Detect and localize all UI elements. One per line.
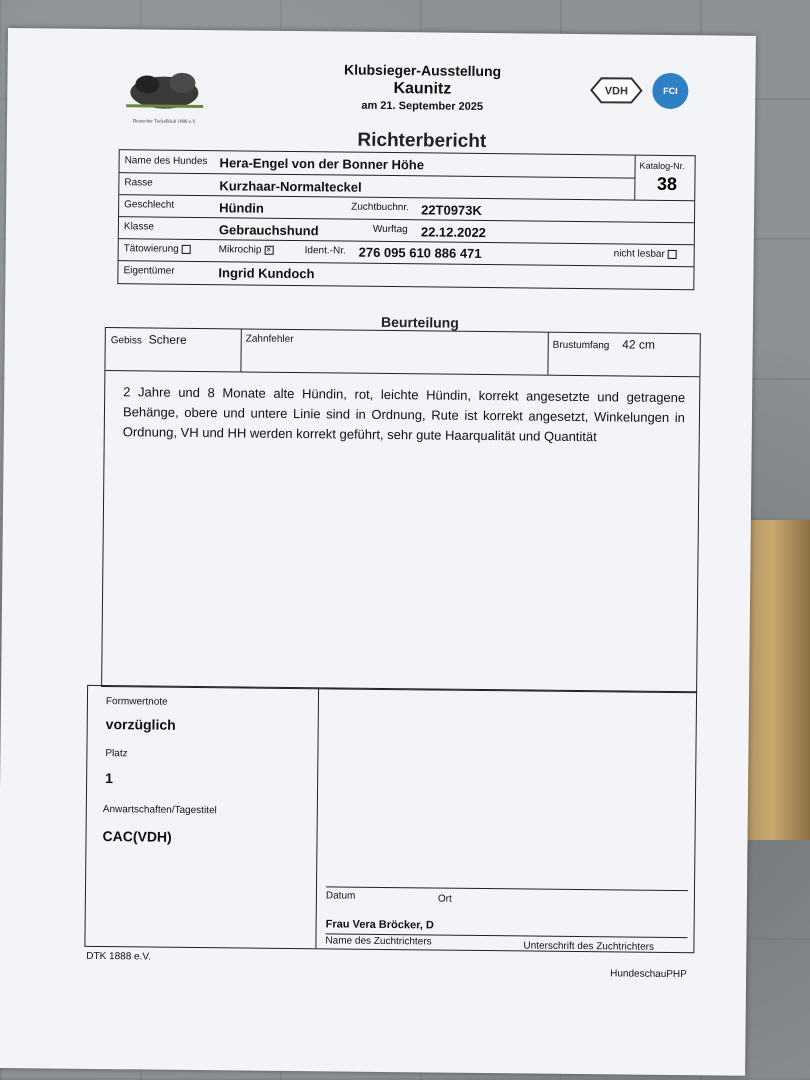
signature-label: Unterschrift des Zuchtrichters xyxy=(523,940,654,952)
fci-logo: FCI xyxy=(652,73,688,109)
document-sheet: Deutscher Teckelklub 1888 e.V. Klubsiege… xyxy=(0,28,756,1076)
breed-label: Rasse xyxy=(124,177,152,188)
chest-label: Brustumfang xyxy=(553,340,610,352)
sex: Hündin xyxy=(219,200,264,215)
grade: vorzüglich xyxy=(106,716,176,733)
unreadable-checkbox[interactable] xyxy=(668,250,677,259)
tattoo-field: Tätowierung xyxy=(124,243,191,255)
place: 1 xyxy=(105,770,113,786)
assessment-box: Gebiss Schere Zahnfehler Brustumfang 42 … xyxy=(101,327,701,693)
titles: CAC(VDH) xyxy=(102,828,171,845)
sex-label: Geschlecht xyxy=(124,199,174,211)
titles-label: Anwartschaften/Tagestitel xyxy=(103,804,217,816)
club-logo-caption: Deutscher Teckelklub 1888 e.V. xyxy=(122,119,207,125)
vdh-logo: VDH xyxy=(587,76,645,105)
studbook-number: 22T0973K xyxy=(421,202,482,218)
owner-label: Eigentümer xyxy=(123,265,174,277)
teeth-faults-label: Zahnfehler xyxy=(246,334,294,346)
place-label: Platz xyxy=(105,748,127,759)
breed: Kurzhaar-Normalteckel xyxy=(219,178,361,194)
result-box: Formwertnote vorzüglich Platz 1 Anwartsc… xyxy=(84,685,697,953)
catalog-label: Katalog-Nr. xyxy=(640,161,685,171)
tattoo-label: Tätowierung xyxy=(124,243,179,255)
dog-name: Hera-Engel von der Bonner Höhe xyxy=(220,155,425,172)
unreadable-field: nicht lesbar xyxy=(614,248,677,260)
judge-name: Frau Vera Bröcker, D xyxy=(326,918,434,931)
event-location: Kaunitz xyxy=(297,79,547,100)
unreadable-label: nicht lesbar xyxy=(614,248,665,260)
tattoo-checkbox[interactable] xyxy=(181,245,190,254)
ident-label: Ident.-Nr. xyxy=(305,245,346,256)
dog-name-label: Name des Hundes xyxy=(125,155,208,167)
birth-date: 22.12.2022 xyxy=(421,224,486,240)
chest-field: Brustumfang 42 cm xyxy=(553,337,655,352)
dog-info-table: Name des Hundes Hera-Engel von der Bonne… xyxy=(117,149,695,290)
birth-date-label: Wurftag xyxy=(373,224,408,235)
grade-label: Formwertnote xyxy=(106,696,168,708)
microchip-field: Mikrochip ✕ xyxy=(219,244,274,256)
judge-name-label: Name des Zuchtrichters xyxy=(325,935,431,947)
event-title: Klubsieger-Ausstellung xyxy=(298,61,548,80)
class: Gebrauchshund xyxy=(219,222,319,238)
ident-number: 276 095 610 886 471 xyxy=(359,245,482,261)
microchip-checkbox-checked[interactable]: ✕ xyxy=(264,246,273,255)
owner: Ingrid Kundoch xyxy=(218,265,314,281)
footer-software: HundeschauPHP xyxy=(610,968,687,980)
assessment-text: 2 Jahre und 8 Monate alte Hündin, rot, l… xyxy=(123,382,686,448)
place-of-signing-label: Ort xyxy=(438,894,452,905)
bite-label: Gebiss xyxy=(111,335,142,346)
club-logo: Deutscher Teckelklub 1888 e.V. xyxy=(122,64,208,125)
footer-club: DTK 1888 e.V. xyxy=(86,951,151,963)
studbook-label: Zuchtbuchnr. xyxy=(351,202,409,214)
report-title: Richterbericht xyxy=(297,129,547,154)
bite-value: Schere xyxy=(149,332,187,346)
date-label: Datum xyxy=(326,890,356,901)
bite-field: Gebiss Schere xyxy=(111,332,187,347)
svg-text:VDH: VDH xyxy=(605,85,628,97)
chest-value: 42 cm xyxy=(622,337,655,351)
catalog-number: 38 xyxy=(639,174,694,196)
event-date: am 21. September 2025 xyxy=(297,99,547,114)
microchip-label: Mikrochip xyxy=(219,244,262,255)
class-label: Klasse xyxy=(124,221,154,232)
